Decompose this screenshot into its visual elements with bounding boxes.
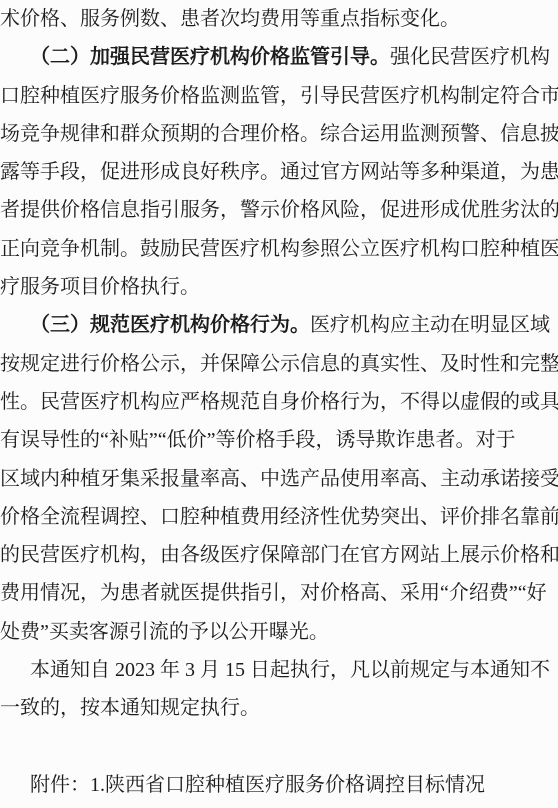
body-text: 本通知自 2023 年 3 月 15 日起执行，凡以前规定与本通知不	[30, 659, 550, 681]
blank-line	[0, 728, 558, 766]
document-page: 术价格、服务例数、患者次均费用等重点指标变化。（二）加强民营医疗机构价格监管引导…	[0, 0, 558, 808]
text-line: 处费”买卖客源引流的予以公开曝光。	[0, 613, 558, 651]
document-body: 术价格、服务例数、患者次均费用等重点指标变化。（二）加强民营医疗机构价格监管引导…	[0, 0, 558, 804]
text-line: 按规定进行价格公示，并保障公示信息的真实性、及时性和完整	[0, 345, 558, 383]
body-text: 附件：1.陕西省口腔种植医疗服务价格调控目标情况	[30, 774, 485, 796]
body-text: 疗服务项目价格执行。	[0, 276, 200, 298]
text-line: （二）加强民营医疗机构价格监管引导。强化民营医疗机构	[0, 38, 558, 76]
body-text: 术价格、服务例数、患者次均费用等重点指标变化。	[0, 8, 460, 30]
text-line: 术价格、服务例数、患者次均费用等重点指标变化。	[0, 0, 558, 38]
section-heading-text: （二）加强民营医疗机构价格监管引导。	[30, 46, 390, 68]
text-line: 者提供价格信息指引服务，警示价格风险，促进形成优胜劣汰的	[0, 191, 558, 229]
body-text: 的民营医疗机构，由各级医疗保障部门在官方网站上展示价格和	[0, 544, 558, 566]
body-text: 场竞争规律和群众预期的合理价格。综合运用监测预警、信息披	[0, 123, 558, 145]
text-line: 性。民营医疗机构应严格规范自身价格行为，不得以虚假的或具	[0, 383, 558, 421]
section-heading-text: （三）规范医疗机构价格行为。	[30, 314, 310, 336]
body-text: 者提供价格信息指引服务，警示价格风险，促进形成优胜劣汰的	[0, 199, 558, 221]
text-line: 口腔种植医疗服务价格监测监管，引导民营医疗机构制定符合市	[0, 77, 558, 115]
text-line: 有误导性的“补贴”“低价”等价格手段，诱导欺诈患者。对于	[0, 421, 558, 459]
body-text: 有误导性的“补贴”“低价”等价格手段，诱导欺诈患者。对于	[0, 429, 516, 451]
text-line: 费用情况，为患者就医提供指引，对价格高、采用“介绍费”“好	[0, 574, 558, 612]
body-text: 价格全流程调控、口腔种植费用经济性优势突出、评价排名靠前	[0, 506, 558, 528]
text-line: 场竞争规律和群众预期的合理价格。综合运用监测预警、信息披	[0, 115, 558, 153]
body-text: 医疗机构应主动在明显区域	[310, 314, 550, 336]
body-text: 按规定进行价格公示，并保障公示信息的真实性、及时性和完整	[0, 353, 558, 375]
text-line: （三）规范医疗机构价格行为。医疗机构应主动在明显区域	[0, 306, 558, 344]
text-line: 一致的，按本通知规定执行。	[0, 689, 558, 727]
body-text: 口腔种植医疗服务价格监测监管，引导民营医疗机构制定符合市	[0, 85, 558, 107]
text-line: 附件：1.陕西省口腔种植医疗服务价格调控目标情况	[0, 766, 558, 804]
body-text: 区域内种植牙集采报量率高、中选产品使用率高、主动承诺接受	[0, 468, 558, 490]
text-line: 疗服务项目价格执行。	[0, 268, 558, 306]
body-text: 一致的，按本通知规定执行。	[0, 697, 260, 719]
body-text: 强化民营医疗机构	[390, 46, 550, 68]
text-line: 正向竞争机制。鼓励民营医疗机构参照公立医疗机构口腔种植医	[0, 230, 558, 268]
body-text: 性。民营医疗机构应严格规范自身价格行为，不得以虚假的或具	[0, 391, 558, 413]
text-line: 区域内种植牙集采报量率高、中选产品使用率高、主动承诺接受	[0, 460, 558, 498]
text-line: 的民营医疗机构，由各级医疗保障部门在官方网站上展示价格和	[0, 536, 558, 574]
body-text: 正向竞争机制。鼓励民营医疗机构参照公立医疗机构口腔种植医	[0, 238, 558, 260]
text-line: 本通知自 2023 年 3 月 15 日起执行，凡以前规定与本通知不	[0, 651, 558, 689]
body-text: 处费”买卖客源引流的予以公开曝光。	[0, 621, 329, 643]
body-text: 露等手段，促进形成良好秩序。通过官方网站等多种渠道，为患	[0, 161, 558, 183]
text-line: 价格全流程调控、口腔种植费用经济性优势突出、评价排名靠前	[0, 498, 558, 536]
text-line: 露等手段，促进形成良好秩序。通过官方网站等多种渠道，为患	[0, 153, 558, 191]
body-text: 费用情况，为患者就医提供指引，对价格高、采用“介绍费”“好	[0, 582, 547, 604]
